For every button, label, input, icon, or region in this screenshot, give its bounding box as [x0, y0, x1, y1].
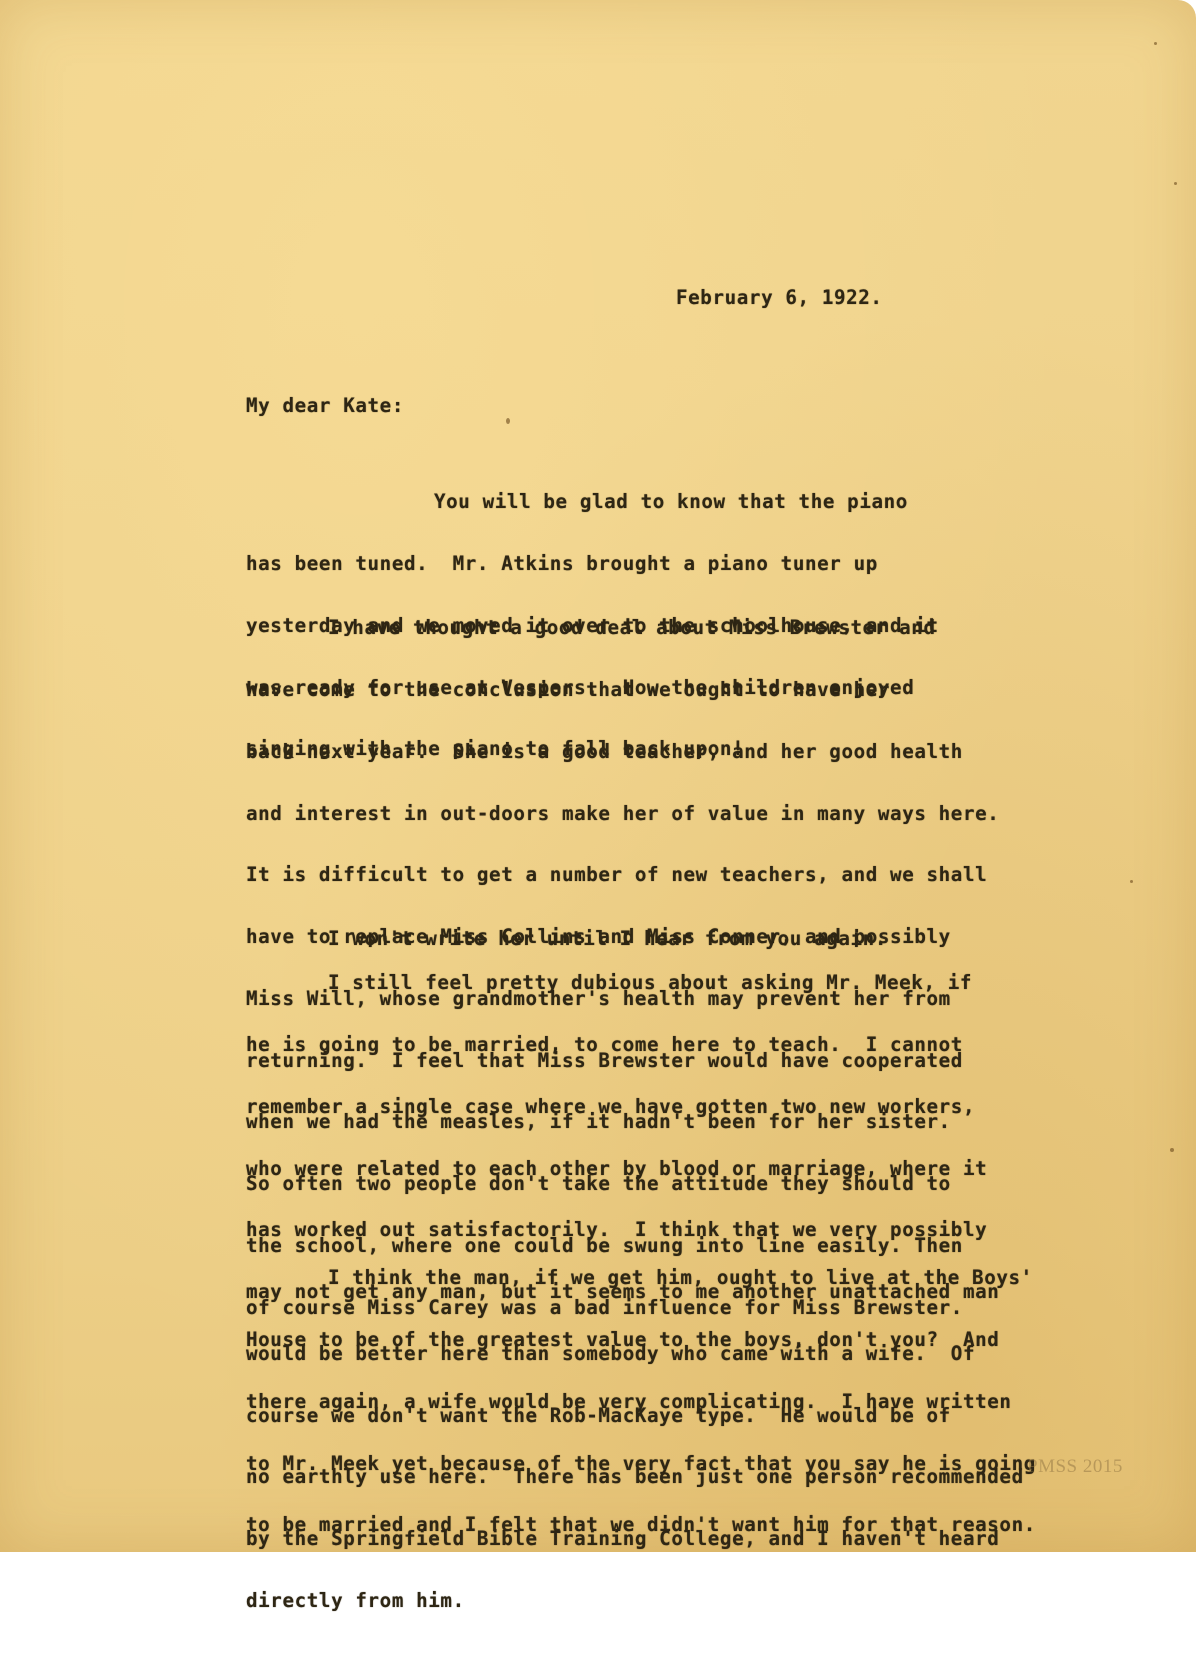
text-line: I still feel pretty dubious about asking…	[246, 973, 1024, 994]
salutation: My dear Kate:	[246, 394, 404, 417]
paper-speck	[1170, 1148, 1174, 1152]
paper-speck	[1130, 880, 1133, 883]
text-line: I have thought a good deal about Miss Br…	[246, 618, 999, 639]
cut-off-line: I feel that we had better not have any m…	[246, 1338, 1012, 1348]
paper-speck	[506, 418, 510, 424]
letter-page: February 6, 1922. My dear Kate: You will…	[0, 0, 1196, 1552]
archive-watermark: PMSS 2015	[1027, 1456, 1123, 1478]
text-line: have come to the conclusion that we ough…	[246, 680, 999, 701]
text-line: has been tuned. Mr. Atkins brought a pia…	[246, 554, 939, 575]
text-line: he is going to be married, to come here …	[246, 1035, 1024, 1056]
text-line: who were related to each other by blood …	[246, 1159, 1024, 1180]
text-line: remember a single case where we have got…	[246, 1097, 1024, 1118]
text-line: It is difficult to get a number of new t…	[246, 865, 999, 886]
paper-speck	[1174, 182, 1177, 185]
paragraph-5: I think the man, if we get him, ought to…	[246, 1227, 1036, 1552]
text-line: there again, a wife would be very compli…	[246, 1392, 1036, 1413]
text-line: back next year. She is a good teacher, a…	[246, 742, 999, 763]
text-line: You will be glad to know that the piano	[246, 492, 939, 513]
text-line: to Mr. Meek yet because of the very fact…	[246, 1454, 1036, 1475]
letter-date: February 6, 1922.	[676, 286, 883, 309]
paper-speck	[1154, 42, 1157, 45]
text-line: I think the man, if we get him, ought to…	[246, 1268, 1036, 1289]
text-line: and interest in out-doors make her of va…	[246, 804, 999, 825]
text-line: to be married and I felt that we didn't …	[246, 1515, 1036, 1536]
